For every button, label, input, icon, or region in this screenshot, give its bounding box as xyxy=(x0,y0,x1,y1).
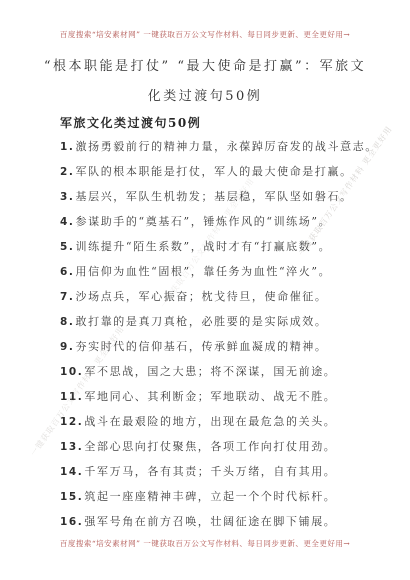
item-text: 沙场点兵，军心振奋；枕戈待旦，使命催征。 xyxy=(76,290,328,303)
item-number: 3. xyxy=(60,191,75,203)
list-item: 6.用信仰为血性“固根”，靠任务为血性“淬火”。 xyxy=(60,259,380,284)
item-number: 16. xyxy=(60,516,83,528)
page-title: “根本职能是打仗” “最大使命是打赢”：军旅文化类过渡句50例 xyxy=(38,52,372,112)
item-text: 军地同心、其利断金；军地联动、战无不胜。 xyxy=(84,390,336,403)
list-item: 14.千军万马，各有其责；千头万绪，自有其用。 xyxy=(60,459,380,484)
document-page: 百度搜索“培安素材网” 一键获取百万公文写作材料、每日同步更新、更全更好用→ “… xyxy=(0,0,410,580)
item-number: 7. xyxy=(60,291,75,303)
item-number: 6. xyxy=(60,266,75,278)
list-item: 2.军队的根本职能是打仗，军人的最大使命是打赢。 xyxy=(60,159,380,184)
list-item: 10.军不思战，国之大患；将不深谋，国无前途。 xyxy=(60,359,380,384)
list-item: 8.敢打靠的是真刀真枪，必胜要的是实际成效。 xyxy=(60,309,380,334)
list-item: 3.基层兴，军队生机勃发；基层稳，军队坚如磐石。 xyxy=(60,184,380,209)
transition-list: 1.激扬勇毅前行的精神力量，永葆踔厉奋发的战斗意志。2.军队的根本职能是打仗，军… xyxy=(60,134,380,534)
item-number: 10. xyxy=(60,366,83,378)
item-text: 全部心思向打仗聚焦，各项工作向打仗用劲。 xyxy=(84,440,336,453)
list-item: 1.激扬勇毅前行的精神力量，永葆踔厉奋发的战斗意志。 xyxy=(60,134,380,159)
item-number: 12. xyxy=(60,416,83,428)
item-number: 9. xyxy=(60,341,75,353)
item-number: 4. xyxy=(60,216,75,228)
item-number: 5. xyxy=(60,241,75,253)
list-item: 9.夯实时代的信仰基石，传承鲜血凝成的精神。 xyxy=(60,334,380,359)
item-number: 15. xyxy=(60,491,83,503)
item-number: 11. xyxy=(60,391,83,403)
item-text: 军队的根本职能是打仗，军人的最大使命是打赢。 xyxy=(76,165,353,178)
item-number: 2. xyxy=(60,166,75,178)
list-item: 15.筑起一座座精神丰碑，立起一个个时代标杆。 xyxy=(60,484,380,509)
item-text: 千军万马，各有其责；千头万绪，自有其用。 xyxy=(84,465,336,478)
item-text: 夯实时代的信仰基石，传承鲜血凝成的精神。 xyxy=(76,340,328,353)
item-text: 用信仰为血性“固根”，靠任务为血性“淬火”。 xyxy=(76,265,332,278)
list-item: 12.战斗在最艰险的地方，出现在最危急的关头。 xyxy=(60,409,380,434)
item-number: 13. xyxy=(60,441,83,453)
item-text: 激扬勇毅前行的精神力量，永葆踔厉奋发的战斗意志。 xyxy=(76,140,378,153)
list-item: 16.强军号角在前方召唤，壮阔征途在脚下铺展。 xyxy=(60,509,380,534)
promo-banner-bottom: 百度搜索“培安素材网” 一键获取百万公文写作材料、每日同步更新、更全更好用→ xyxy=(0,538,410,549)
item-text: 基层兴，军队生机勃发；基层稳，军队坚如磐石。 xyxy=(76,190,353,203)
item-text: 战斗在最艰险的地方，出现在最危急的关头。 xyxy=(84,415,336,428)
item-text: 筑起一座座精神丰碑，立起一个个时代标杆。 xyxy=(84,490,336,503)
list-item: 7.沙场点兵，军心振奋；枕戈待旦，使命催征。 xyxy=(60,284,380,309)
promo-banner-top: 百度搜索“培安素材网” 一键获取百万公文写作材料、每日同步更新、更全更好用→ xyxy=(0,29,410,40)
item-text: 强军号角在前方召唤，壮阔征途在脚下铺展。 xyxy=(84,515,336,528)
item-text: 军不思战，国之大患；将不深谋，国无前途。 xyxy=(84,365,336,378)
item-text: 敢打靠的是真刀真枪，必胜要的是实际成效。 xyxy=(76,315,328,328)
item-text: 训练提升“陌生系数”，战时才有“打赢底数”。 xyxy=(76,240,332,253)
list-item: 4.参谋助手的“奠基石”，锤炼作风的“训练场”。 xyxy=(60,209,380,234)
section-subtitle: 军旅文化类过渡句50例 xyxy=(60,114,201,131)
list-item: 13.全部心思向打仗聚焦，各项工作向打仗用劲。 xyxy=(60,434,380,459)
item-number: 8. xyxy=(60,316,75,328)
item-number: 14. xyxy=(60,466,83,478)
item-number: 1. xyxy=(60,141,75,153)
list-item: 11.军地同心、其利断金；军地联动、战无不胜。 xyxy=(60,384,380,409)
list-item: 5.训练提升“陌生系数”，战时才有“打赢底数”。 xyxy=(60,234,380,259)
item-text: 参谋助手的“奠基石”，锤炼作风的“训练场”。 xyxy=(76,215,332,228)
